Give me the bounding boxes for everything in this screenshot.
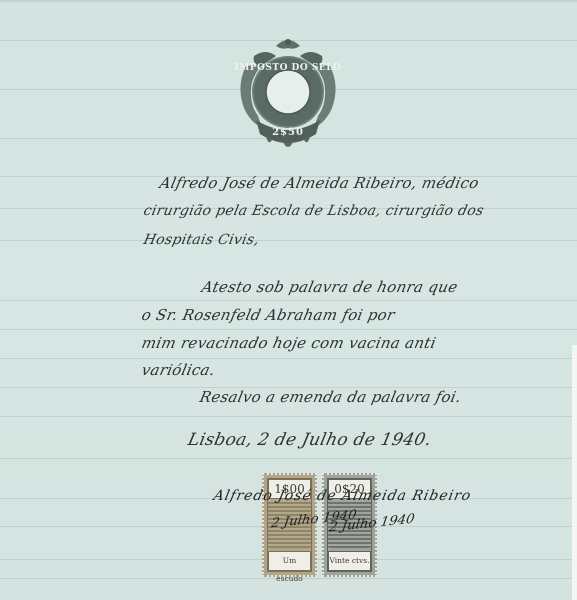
- letter-line-8: Resalvo a emenda da palavra foi.: [198, 388, 463, 406]
- paper-top-edge: [0, 0, 577, 2]
- paper-right-edge: [572, 345, 577, 600]
- signature: Alfredo José de Almeida Ribeiro: [212, 488, 473, 504]
- ruled-line: [0, 416, 577, 417]
- letter-line-5: o Sr. Rosenfeld Abraham foi por: [140, 306, 397, 324]
- letter-line-2: cirurgião pela Escola de Lisboa, cirurgi…: [142, 203, 485, 219]
- ruled-line: [0, 458, 577, 459]
- stamp-label: Um escudo: [268, 551, 311, 571]
- letter-line-1: Alfredo José de Almeida Ribeiro, médico: [158, 174, 481, 192]
- ruled-line: [0, 358, 577, 359]
- place-date: Lisboa, 2 de Julho de 1940.: [186, 430, 433, 450]
- letter-line-7: variólica.: [140, 361, 217, 379]
- letter-line-6: mim revacinado hoje com vacina anti: [140, 334, 438, 352]
- stamp-label: Vinte ctvs.: [328, 551, 371, 571]
- tax-seal: IMPOSTO DO SELO 2$50: [232, 36, 344, 156]
- letter-line-4: Atesto sob palavra de honra que: [200, 278, 459, 296]
- seal-title: IMPOSTO DO SELO: [232, 63, 344, 73]
- ruled-line: [0, 240, 577, 241]
- seal-value: 2$50: [232, 127, 344, 138]
- ruled-line: [0, 329, 577, 330]
- ornamental-seal-icon: [232, 36, 344, 156]
- letter-line-3: Hospitais Civis,: [142, 232, 261, 248]
- ruled-line: [0, 300, 577, 301]
